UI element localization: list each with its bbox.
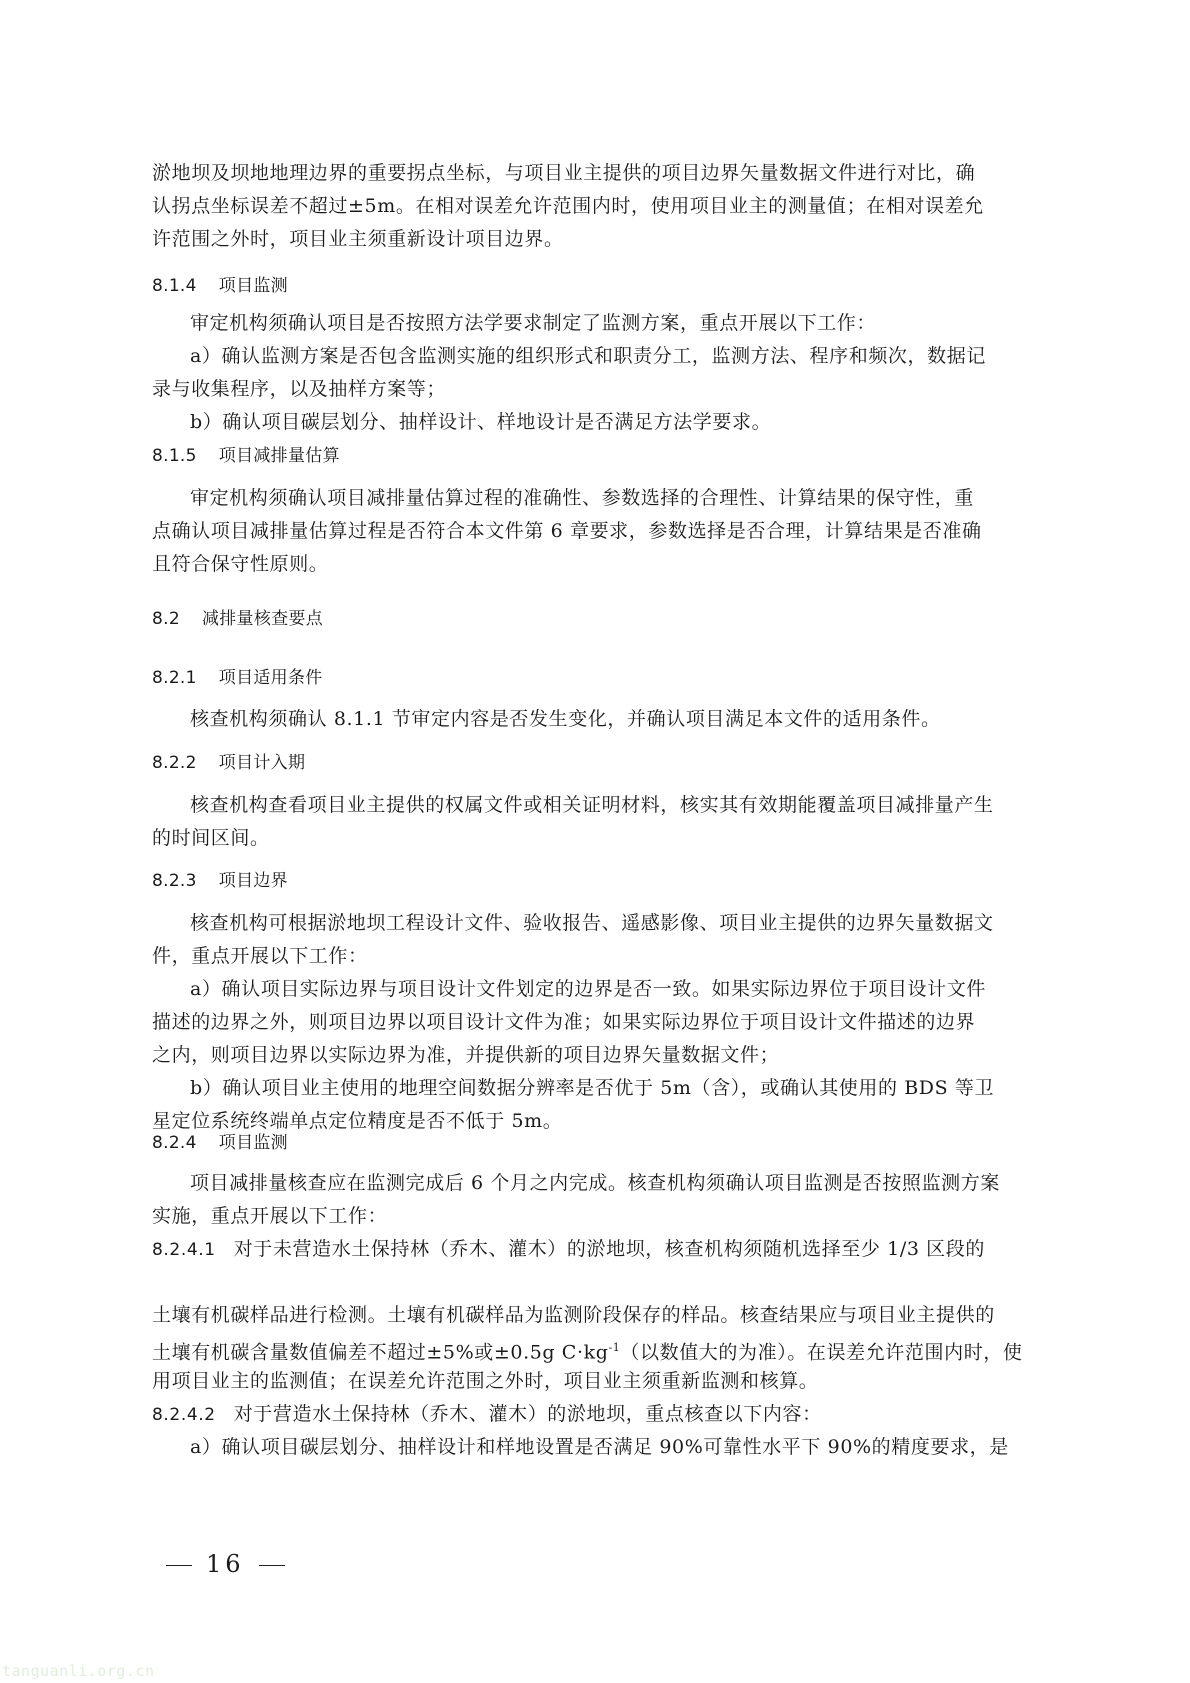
- section-number: 8.2.2: [152, 750, 197, 776]
- paragraph-line: 认拐点坐标误差不超过±5m。在相对误差允许范围内时，使用项目业主的测量值；在相对…: [152, 193, 982, 219]
- section-title: 项目减排量估算: [219, 446, 340, 466]
- paragraph-line: a）确认项目碳层划分、抽样设计和样地设置是否满足 90%可靠性水平下 90%的精…: [152, 1434, 1020, 1460]
- paragraph-line: 星定位系统终端单点定位精度是否不低于 5m。: [152, 1108, 982, 1134]
- tolerance-line: 土壤有机碳含量数值偏差不超过±5%或±0.5g C·kg-1（以数值大的为准）。…: [152, 1335, 982, 1365]
- section-title: 项目计入期: [219, 753, 306, 773]
- section-title: 减排量核查要点: [202, 609, 323, 629]
- page-footer: 16: [152, 1550, 299, 1578]
- paragraph-line: 的时间区间。: [152, 825, 982, 851]
- tolerance-text-before: 土壤有机碳含量数值偏差不超过±5%或±0.5g C·kg: [152, 1341, 608, 1363]
- section-heading-8-2: 8.2减排量核查要点: [152, 606, 982, 632]
- paragraph-line: 审定机构须确认项目是否按照方法学要求制定了监测方案，重点开展以下工作：: [152, 310, 1020, 336]
- paragraph-line: 之内，则项目边界以实际边界为准，并提供新的项目边界矢量数据文件；: [152, 1042, 982, 1068]
- footer-dash-left: [166, 1565, 192, 1566]
- section-number: 8.2.1: [152, 665, 197, 691]
- section-heading-8-2-2: 8.2.2项目计入期: [152, 750, 982, 776]
- watermark: tanguanli.org.cn: [2, 1662, 155, 1680]
- clause-text: 对于营造水土保持林（乔木、灌木）的淤地坝，重点核查以下内容：: [234, 1403, 822, 1425]
- paragraph-line: 用项目业主的监测值；在误差允许范围之外时，项目业主须重新监测和核算。: [152, 1368, 982, 1394]
- clause-8-2-4-2: 8.2.4.2对于营造水土保持林（乔木、灌木）的淤地坝，重点核查以下内容：: [152, 1401, 982, 1428]
- paragraph-line: a）确认项目实际边界与项目设计文件划定的边界是否一致。如果实际边界位于项目设计文…: [152, 976, 1020, 1002]
- paragraph-line: 实施，重点开展以下工作：: [152, 1203, 982, 1229]
- section-heading-8-1-4: 8.1.4项目监测: [152, 273, 982, 299]
- section-number: 8.1.4: [152, 273, 197, 299]
- paragraph-line: 项目减排量核查应在监测完成后 6 个月之内完成。核查机构须确认项目监测是否按照监…: [152, 1170, 1020, 1196]
- paragraph-line: 核查机构须确认 8.1.1 节审定内容是否发生变化，并确认项目满足本文件的适用条…: [152, 706, 1020, 732]
- paragraph-line: 审定机构须确认项目减排量估算过程的准确性、参数选择的合理性、计算结果的保守性，重: [152, 485, 1020, 511]
- paragraph-line: 核查机构可根据淤地坝工程设计文件、验收报告、遥感影像、项目业主提供的边界矢量数据…: [152, 910, 1020, 936]
- paragraph-line: b）确认项目碳层划分、抽样设计、样地设计是否满足方法学要求。: [152, 409, 1020, 435]
- section-title: 项目适用条件: [219, 668, 323, 688]
- clause-8-2-4-1: 8.2.4.1对于未营造水土保持林（乔木、灌木）的淤地坝，核查机构须随机选择至少…: [152, 1236, 982, 1263]
- paragraph-line: 土壤有机碳样品进行检测。土壤有机碳样品为监测阶段保存的样品。核查结果应与项目业主…: [152, 1302, 982, 1328]
- paragraph-line: 核查机构查看项目业主提供的权属文件或相关证明材料，核实其有效期能覆盖项目减排量产…: [152, 792, 1020, 818]
- paragraph-line: 淤地坝及坝地地理边界的重要拐点坐标，与项目业主提供的项目边界矢量数据文件进行对比…: [152, 160, 982, 186]
- section-heading-8-2-1: 8.2.1项目适用条件: [152, 665, 982, 691]
- section-title: 项目边界: [219, 871, 288, 891]
- section-heading-8-1-5: 8.1.5项目减排量估算: [152, 443, 982, 469]
- footer-dash-right: [259, 1565, 285, 1566]
- paragraph-line: 许范围之外时，项目业主须重新设计项目边界。: [152, 226, 982, 252]
- tolerance-text-after: （以数值大的为准）。在误差允许范围内时，使: [620, 1341, 1022, 1363]
- paragraph-line: 且符合保守性原则。: [152, 551, 982, 577]
- section-number: 8.1.5: [152, 443, 197, 469]
- page-number: 16: [206, 1550, 245, 1578]
- exponent: -1: [608, 1341, 620, 1354]
- section-title: 项目监测: [219, 1133, 288, 1153]
- paragraph-line: 点确认项目减排量估算过程是否符合本文件第 6 章要求，参数选择是否合理，计算结果…: [152, 518, 982, 544]
- section-number: 8.2.3: [152, 868, 197, 894]
- clause-number: 8.2.4.2: [152, 1402, 216, 1428]
- section-heading-8-2-3: 8.2.3项目边界: [152, 868, 982, 894]
- clause-text: 对于未营造水土保持林（乔木、灌木）的淤地坝，核查机构须随机选择至少 1/3 区段…: [234, 1238, 985, 1260]
- clause-number: 8.2.4.1: [152, 1237, 216, 1263]
- paragraph-line: 件，重点开展以下工作：: [152, 943, 982, 969]
- paragraph-line: a）确认监测方案是否包含监测实施的组织形式和职责分工，监测方法、程序和频次，数据…: [152, 343, 1020, 369]
- section-number: 8.2: [152, 606, 180, 632]
- section-title: 项目监测: [219, 276, 288, 296]
- paragraph-line: 描述的边界之外，则项目边界以项目设计文件为准；如果实际边界位于项目设计文件描述的…: [152, 1009, 982, 1035]
- paragraph-line: 录与收集程序，以及抽样方案等；: [152, 376, 982, 402]
- paragraph-line: b）确认项目业主使用的地理空间数据分辨率是否优于 5m（含），或确认其使用的 B…: [152, 1075, 1020, 1101]
